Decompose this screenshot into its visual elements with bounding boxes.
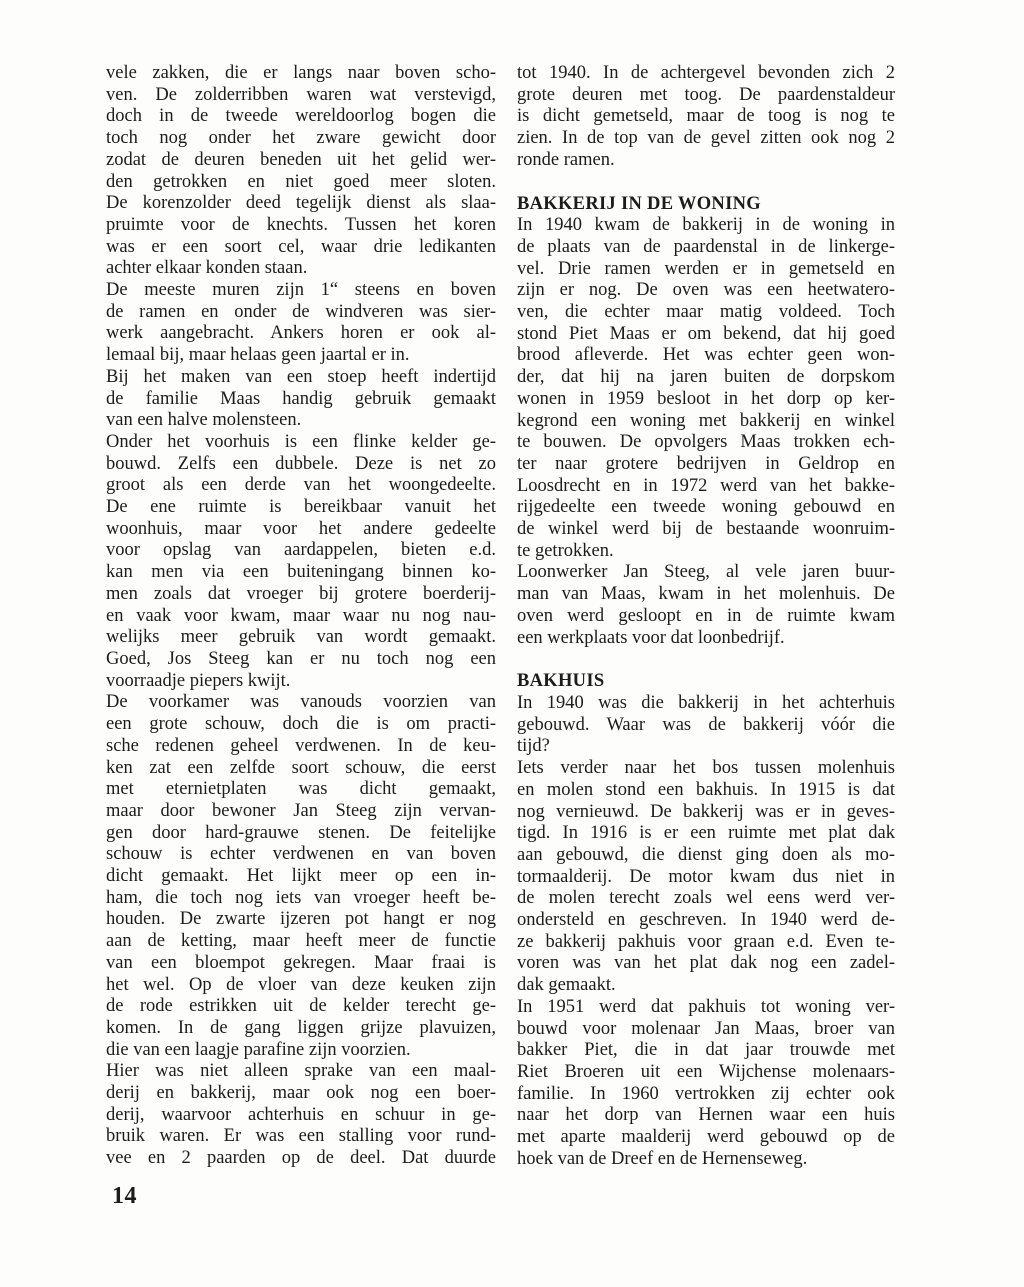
text-line: dak gemaakt.: [517, 975, 895, 997]
text-line: die van een laagje parafine zijn voorzie…: [106, 1040, 496, 1062]
text-line: schouw is echter verdwenen en van boven: [106, 844, 496, 866]
text-line: naar het dorp van Hernen waar een huis: [517, 1105, 895, 1127]
text-line: houden. De zwarte ijzeren pot hangt er n…: [106, 909, 496, 931]
text-line: dicht gemaakt. Het lijkt meer op een in-: [106, 866, 496, 888]
text-line: ven. De zolderribben waren wat verstevig…: [106, 85, 496, 107]
text-line: stond Piet Maas er om bekend, dat hij go…: [517, 324, 895, 346]
text-line: zodat de deuren beneden uit het gelid we…: [106, 150, 496, 172]
text-line: ter naar grotere bedrijven in Geldrop en: [517, 454, 895, 476]
text-line: ham, die toch nog iets van vroeger heeft…: [106, 888, 496, 910]
text-line: met aparte maalderij werd gebouwd op de: [517, 1127, 895, 1149]
text-line: bouwd voor molenaar Jan Maas, broer van: [517, 1019, 895, 1041]
text-line: voorraadje piepers kwijt.: [106, 671, 496, 693]
text-line: een werkplaats voor dat loonbedrijf.: [517, 628, 895, 650]
text-line: doch in de tweede wereldoorlog bogen die: [106, 106, 496, 128]
text-line: Goed, Jos Steeg kan er nu toch nog een: [106, 649, 496, 671]
text-line: en molen stond een bakhuis. In 1915 is d…: [517, 780, 895, 802]
text-line: van een bloempot gekregen. Maar fraai is: [106, 953, 496, 975]
text-line: ronde ramen.: [517, 150, 895, 172]
text-line: tigd. In 1916 is er een ruimte met plat …: [517, 823, 895, 845]
text-line: In 1940 kwam de bakkerij in de woning in: [517, 215, 895, 237]
text-line: aan gebouwd, die dienst ging doen als mo…: [517, 845, 895, 867]
text-line: Onder het voorhuis is een flinke kelder …: [106, 432, 496, 454]
text-line: toch nog onder het zware gewicht door: [106, 128, 496, 150]
text-line: van een halve molensteen.: [106, 410, 496, 432]
text-line: bruik waren. Er was een stalling voor ru…: [106, 1126, 496, 1148]
text-line: Loonwerker Jan Steeg, al vele jaren buur…: [517, 562, 895, 584]
text-line: Loosdrecht en in 1972 werd van het bakke…: [517, 476, 895, 498]
text-line: de winkel werd bij de bestaande woonruim…: [517, 519, 895, 541]
text-line: rijgedeelte een tweede woning gebouwd en: [517, 497, 895, 519]
section-heading: BAKKERIJ IN DE WONING: [517, 194, 895, 216]
text-line: familie. In 1960 vertrokken zij echter o…: [517, 1084, 895, 1106]
text-line: grote deuren met toog. De paardenstaldeu…: [517, 85, 895, 107]
text-line: ondersteld en geschreven. In 1940 werd d…: [517, 910, 895, 932]
text-line: komen. In de gang liggen grijze plavuize…: [106, 1018, 496, 1040]
text-line: is dicht gemetseld, maar de toog is nog …: [517, 106, 895, 128]
text-line: zijn er nog. De oven was een heetwatero-: [517, 280, 895, 302]
text-line: den getrokken en niet goed meer sloten.: [106, 172, 496, 194]
text-line: voren was van het plat dak nog een zadel…: [517, 953, 895, 975]
text-line: ken zat een zelfde soort schouw, die eer…: [106, 758, 496, 780]
text-line: met eternietplaten was dicht gemaakt,: [106, 779, 496, 801]
text-line: zien. In de top van de gevel zitten ook …: [517, 128, 895, 150]
text-line: derij en bakkerij, maar ook nog een boer…: [106, 1083, 496, 1105]
text-line: werk aangebracht. Ankers horen er ook al…: [106, 323, 496, 345]
text-line: men zoals dat vroeger bij grotere boerde…: [106, 584, 496, 606]
text-line: te bouwen. De opvolgers Maas trokken ech…: [517, 432, 895, 454]
text-line: man van Maas, kwam in het molenhuis. De: [517, 584, 895, 606]
text-line: Bij het maken van een stoep heeft indert…: [106, 367, 496, 389]
text-line: was er een soort cel, waar drie ledikant…: [106, 237, 496, 259]
text-line: De voorkamer was vanouds voorzien van: [106, 692, 496, 714]
text-line: ven, die echter maar matig voldeed. Toch: [517, 302, 895, 324]
text-line: het wel. Op de vloer van deze keuken zij…: [106, 975, 496, 997]
text-line: aan de ketting, maar heeft meer de funct…: [106, 931, 496, 953]
text-line: Riet Broeren uit een Wijchense molenaars…: [517, 1062, 895, 1084]
text-line: welijks meer gebruik van wordt gemaakt.: [106, 627, 496, 649]
text-line: pruimte voor de knechts. Tussen het kore…: [106, 215, 496, 237]
text-line: kegrond een woning met bakkerij en winke…: [517, 411, 895, 433]
scanned-book-page: vele zakken, die er langs naar boven sch…: [0, 0, 1024, 1287]
right-text-column: tot 1940. In de achtergevel bevonden zic…: [517, 63, 895, 1170]
text-line: Hier was niet alleen sprake van een maal…: [106, 1061, 496, 1083]
text-line: bouwd. Zelfs een dubbele. Deze is net zo: [106, 454, 496, 476]
text-line: De meeste muren zijn 1“ steens en boven: [106, 280, 496, 302]
left-text-column: vele zakken, die er langs naar boven sch…: [106, 63, 496, 1170]
text-line: In 1951 werd dat pakhuis tot woning ver-: [517, 997, 895, 1019]
text-line: een grote schouw, doch die is om practi-: [106, 714, 496, 736]
text-line: oven werd gesloopt en in de ruimte kwam: [517, 606, 895, 628]
text-line: der, dat hij na jaren buiten de dorpskom: [517, 367, 895, 389]
section-heading: BAKHUIS: [517, 671, 895, 693]
text-line: de familie Maas handig gebruik gemaakt: [106, 389, 496, 411]
text-line: achter elkaar konden staan.: [106, 258, 496, 280]
page-number: 14: [112, 1183, 137, 1210]
text-line: nog vernieuwd. De bakkerij was er in gev…: [517, 802, 895, 824]
text-line: vel. Drie ramen werden er in gemetseld e…: [517, 259, 895, 281]
text-line: groot als een derde van het woongedeelte…: [106, 475, 496, 497]
text-line: vele zakken, die er langs naar boven sch…: [106, 63, 496, 85]
text-line: en vaak voor kwam, maar waar nu nog nau-: [106, 606, 496, 628]
text-line: In 1940 was die bakkerij in het achterhu…: [517, 693, 895, 715]
text-line: voor opslag van aardappelen, bieten e.d.: [106, 540, 496, 562]
text-line: de ramen en onder de windveren was sier-: [106, 302, 496, 324]
text-line: de rode estrikken uit de kelder terecht …: [106, 996, 496, 1018]
text-line: gen door hard-grauwe stenen. De feitelij…: [106, 823, 496, 845]
text-line: ze bakkerij pakhuis voor graan e.d. Even…: [517, 932, 895, 954]
text-line: de plaats van de paardenstal in de linke…: [517, 237, 895, 259]
text-line: kan men via een buiteningang binnen ko-: [106, 562, 496, 584]
text-line: De korenzolder deed tegelijk dienst als …: [106, 193, 496, 215]
text-line: te getrokken.: [517, 541, 895, 563]
text-line: De ene ruimte is bereikbaar vanuit het: [106, 497, 496, 519]
text-line: wonen in 1959 besloot in het dorp op ker…: [517, 389, 895, 411]
text-line: hoek van de Dreef en de Hernenseweg.: [517, 1149, 895, 1171]
text-line: woonhuis, maar voor het andere gedeelte: [106, 519, 496, 541]
text-line: sche redenen geheel verdwenen. In de keu…: [106, 736, 496, 758]
text-line: gebouwd. Waar was de bakkerij vóór die: [517, 715, 895, 737]
text-line: lemaal bij, maar helaas geen jaartal er …: [106, 345, 496, 367]
text-line: tot 1940. In de achtergevel bevonden zic…: [517, 63, 895, 85]
text-line: bakker Piet, die in dat jaar trouwde met: [517, 1040, 895, 1062]
text-line: tijd?: [517, 736, 895, 758]
text-line: maar door bewoner Jan Steeg zijn vervan-: [106, 801, 496, 823]
text-line: tormaalderij. De motor kwam dus niet in: [517, 867, 895, 889]
text-line: vee en 2 paarden op de deel. Dat duurde: [106, 1148, 496, 1170]
text-line: brood afleverde. Het was echter geen won…: [517, 345, 895, 367]
text-line: Iets verder naar het bos tussen molenhui…: [517, 758, 895, 780]
text-line: de molen terecht zoals wel eens werd ver…: [517, 888, 895, 910]
text-line: derij, waarvoor achterhuis en schuur in …: [106, 1105, 496, 1127]
